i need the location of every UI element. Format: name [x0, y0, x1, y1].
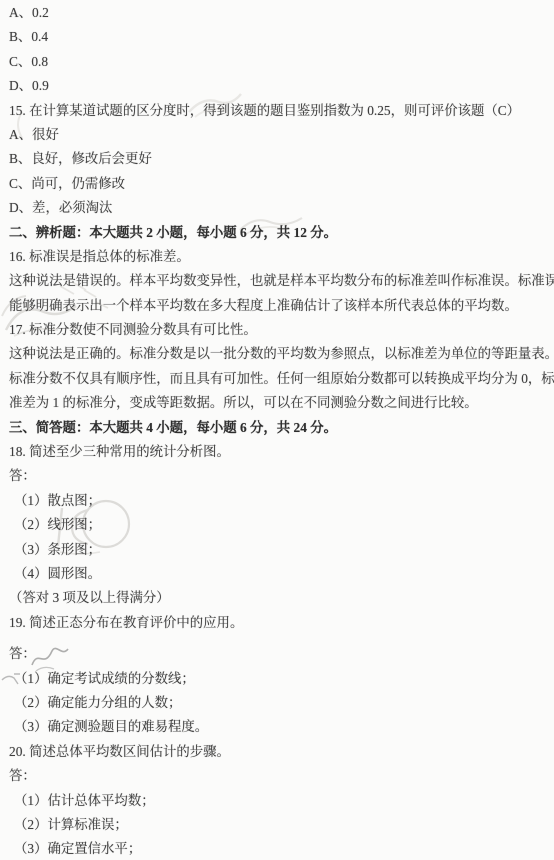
text-line: C、尚可，仍需修改	[9, 172, 548, 196]
section-header-line: 二、辨析题：本大题共 2 小题，每小题 6 分，共 12 分。	[9, 221, 548, 245]
text-line: （3）条形图；	[9, 538, 548, 562]
text-line: C、0.8	[9, 50, 548, 74]
text-line: 16. 标准误是指总体的标准差。	[9, 245, 548, 269]
text-line: 15. 在计算某道试题的区分度时，得到该题的题目鉴别指数为 0.25，则可评价该…	[9, 99, 548, 123]
text-line: （1）估计总体平均数；	[9, 789, 548, 813]
scanned-exam-page: A、0.2B、0.4C、0.8D、0.915. 在计算某道试题的区分度时，得到该…	[0, 0, 554, 860]
document-text: A、0.2B、0.4C、0.8D、0.915. 在计算某道试题的区分度时，得到该…	[9, 1, 548, 860]
text-line: 准差为 1 的标准分，变成等距数据。所以，可以在不同测验分数之间进行比较。	[9, 391, 548, 415]
text-line: 这种说法是正确的。标准分数是以一批分数的平均数为参照点，以标准差为单位的等距量表…	[9, 342, 548, 366]
text-line: A、很好	[9, 123, 548, 147]
text-line: （2）计算标准误；	[9, 813, 548, 837]
text-line: 答：	[9, 764, 548, 788]
text-line: 标准分数不仅具有顺序性，而且具有可加性。任何一组原始分数都可以转换成平均分为 0…	[9, 367, 548, 391]
text-line: 17. 标准分数使不同测验分数具有可比性。	[9, 318, 548, 342]
text-line: （答对 3 项及以上得满分）	[9, 586, 548, 610]
text-line: （3）确定测验题目的难易程度。	[9, 715, 548, 739]
text-line: A、0.2	[9, 1, 548, 25]
text-line: （2）线形图；	[9, 513, 548, 537]
text-line: D、0.9	[9, 74, 548, 98]
text-line: （1）散点图；	[9, 489, 548, 513]
text-line: （2）确定能力分组的人数；	[9, 691, 548, 715]
text-line: D、差，必须淘汰	[9, 196, 548, 220]
text-line: B、0.4	[9, 25, 548, 49]
text-line: （1）确定考试成绩的分数线；	[9, 667, 548, 691]
text-line: 答：	[9, 464, 548, 488]
text-line: （3）确定置信水平；	[9, 837, 548, 860]
text-line: 答：	[9, 642, 548, 666]
text-line: 18. 简述至少三种常用的统计分析图。	[9, 440, 548, 464]
text-line: 能够明确表示出一个样本平均数在多大程度上准确估计了该样本所代表总体的平均数。	[9, 294, 548, 318]
text-line: 19. 简述正态分布在教育评价中的应用。	[9, 611, 548, 635]
text-line: 这种说法是错误的。样本平均数变异性，也就是样本平均数分布的标准差叫作标准误。标准…	[9, 269, 548, 293]
text-line: （4）圆形图。	[9, 562, 548, 586]
section-header-line: 三、简答题：本大题共 4 小题，每小题 6 分，共 24 分。	[9, 416, 548, 440]
text-line: 20. 简述总体平均数区间估计的步骤。	[9, 740, 548, 764]
text-line: B、良好，修改后会更好	[9, 147, 548, 171]
